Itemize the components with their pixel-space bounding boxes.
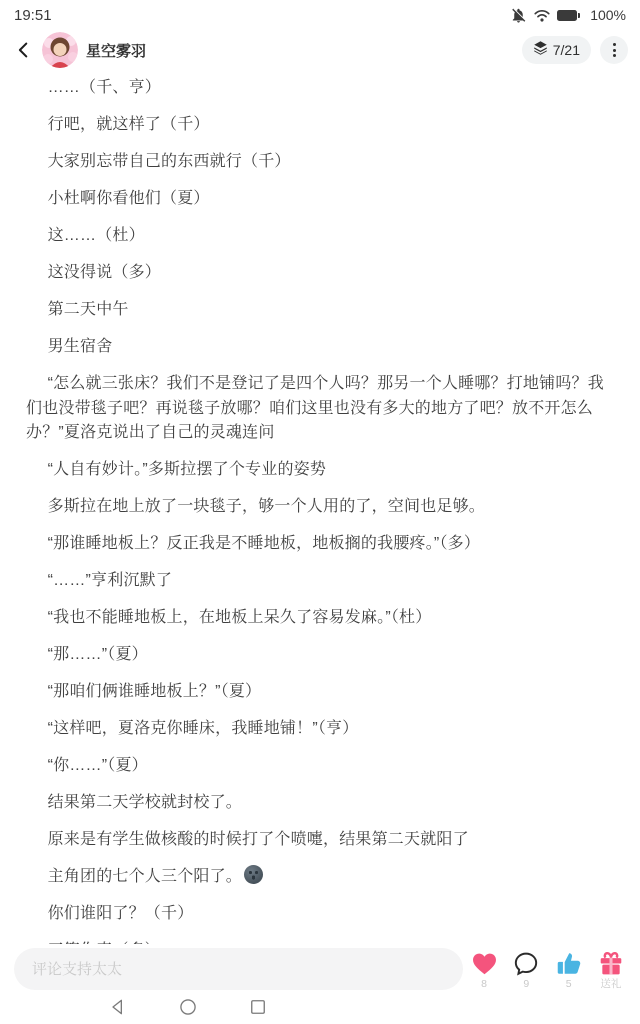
paragraph: 大家别忘带自己的东西就行（千） xyxy=(26,150,614,175)
paragraph: 主角团的七个人三个阳了。 xyxy=(26,865,614,890)
paragraph: 小杜啊你看他们（夏） xyxy=(26,187,614,212)
paragraph: 行吧，就这样了（千） xyxy=(26,113,614,138)
paragraph: “那……”（夏） xyxy=(26,643,614,668)
battery-percent: 100% xyxy=(590,7,626,23)
back-button[interactable] xyxy=(12,38,36,62)
paragraph: 你们谁阳了？（千） xyxy=(26,902,614,927)
paragraph: “你……”（夏） xyxy=(26,754,614,779)
comment-bar: 8 9 5 xyxy=(0,944,640,990)
paragraph: 这……（杜） xyxy=(26,224,614,249)
battery-icon xyxy=(557,10,580,21)
recommend-button[interactable]: 5 xyxy=(547,948,589,990)
new-moon-face-emoji xyxy=(244,865,263,884)
nav-home-button[interactable] xyxy=(176,995,200,1019)
comment-input[interactable] xyxy=(14,948,463,990)
paragraph: ……（千、亨） xyxy=(26,76,614,101)
paragraph: 多斯拉在地上放了一块毯子，够一个人用的了，空间也足够。 xyxy=(26,495,614,520)
comment-button[interactable]: 9 xyxy=(505,948,547,990)
like-button[interactable]: 8 xyxy=(463,948,505,990)
gift-button[interactable]: 送礼 xyxy=(590,948,632,990)
nav-recents-button[interactable] xyxy=(246,995,270,1019)
paragraph: 这没得说（多） xyxy=(26,261,614,286)
paragraph: 原来是有学生做核酸的时候打了个喷嚏，结果第二天就阳了 xyxy=(26,828,614,853)
paragraph-list: ……（千、亨）行吧，就这样了（千）大家别忘带自己的东西就行（千）小杜啊你看他们（… xyxy=(26,76,614,964)
more-options-button[interactable] xyxy=(600,36,628,64)
paragraph: “那谁睡地板上？反正我是不睡地板，地板搁的我腰疼。”（多） xyxy=(26,532,614,557)
author-avatar[interactable] xyxy=(42,32,78,68)
paragraph: “人自有妙计。”多斯拉摆了个专业的姿势 xyxy=(26,458,614,483)
paragraph: “我也不能睡地板上，在地板上呆久了容易发麻。”（杜） xyxy=(26,606,614,631)
like-count: 8 xyxy=(481,978,487,990)
nav-back-button[interactable] xyxy=(106,995,130,1019)
gift-label: 送礼 xyxy=(600,978,621,990)
comment-bubble-icon xyxy=(513,951,539,976)
clock: 19:51 xyxy=(14,7,52,24)
paragraph: 结果第二天学校就封校了。 xyxy=(26,791,614,816)
gift-icon xyxy=(598,951,624,976)
paragraph: 男生宿舍 xyxy=(26,335,614,360)
article-content: ……（千、亨）行吧，就这样了（千）大家别忘带自己的东西就行（千）小杜啊你看他们（… xyxy=(0,72,640,1024)
reader-header: 星空雾羽 7/21 xyxy=(0,28,640,72)
paragraph: “那咱们俩谁睡地板上？”（夏） xyxy=(26,680,614,705)
heart-icon xyxy=(471,951,498,976)
paragraph: “怎么就三张床？我们不是登记了是四个人吗？那另一个人睡哪？打地铺吗？我们也没带毯… xyxy=(26,372,614,446)
thumbs-up-icon xyxy=(556,951,582,976)
author-username[interactable]: 星空雾羽 xyxy=(86,40,146,61)
chapter-indicator: 7/21 xyxy=(553,42,580,58)
recommend-count: 5 xyxy=(566,978,572,990)
chapter-selector[interactable]: 7/21 xyxy=(522,36,591,64)
footer: 8 9 5 xyxy=(0,944,640,1024)
paragraph: 第二天中午 xyxy=(26,298,614,323)
paragraph: “……”亨利沉默了 xyxy=(26,569,614,594)
notifications-muted-icon xyxy=(510,7,527,24)
chapters-layers-icon xyxy=(533,40,548,60)
comment-count: 9 xyxy=(523,978,529,990)
status-bar: 19:51 100% xyxy=(0,0,640,28)
paragraph: “这样吧，夏洛克你睡床，我睡地铺！”（亨） xyxy=(26,717,614,742)
wifi-icon xyxy=(533,8,551,23)
android-nav-bar xyxy=(0,990,640,1024)
